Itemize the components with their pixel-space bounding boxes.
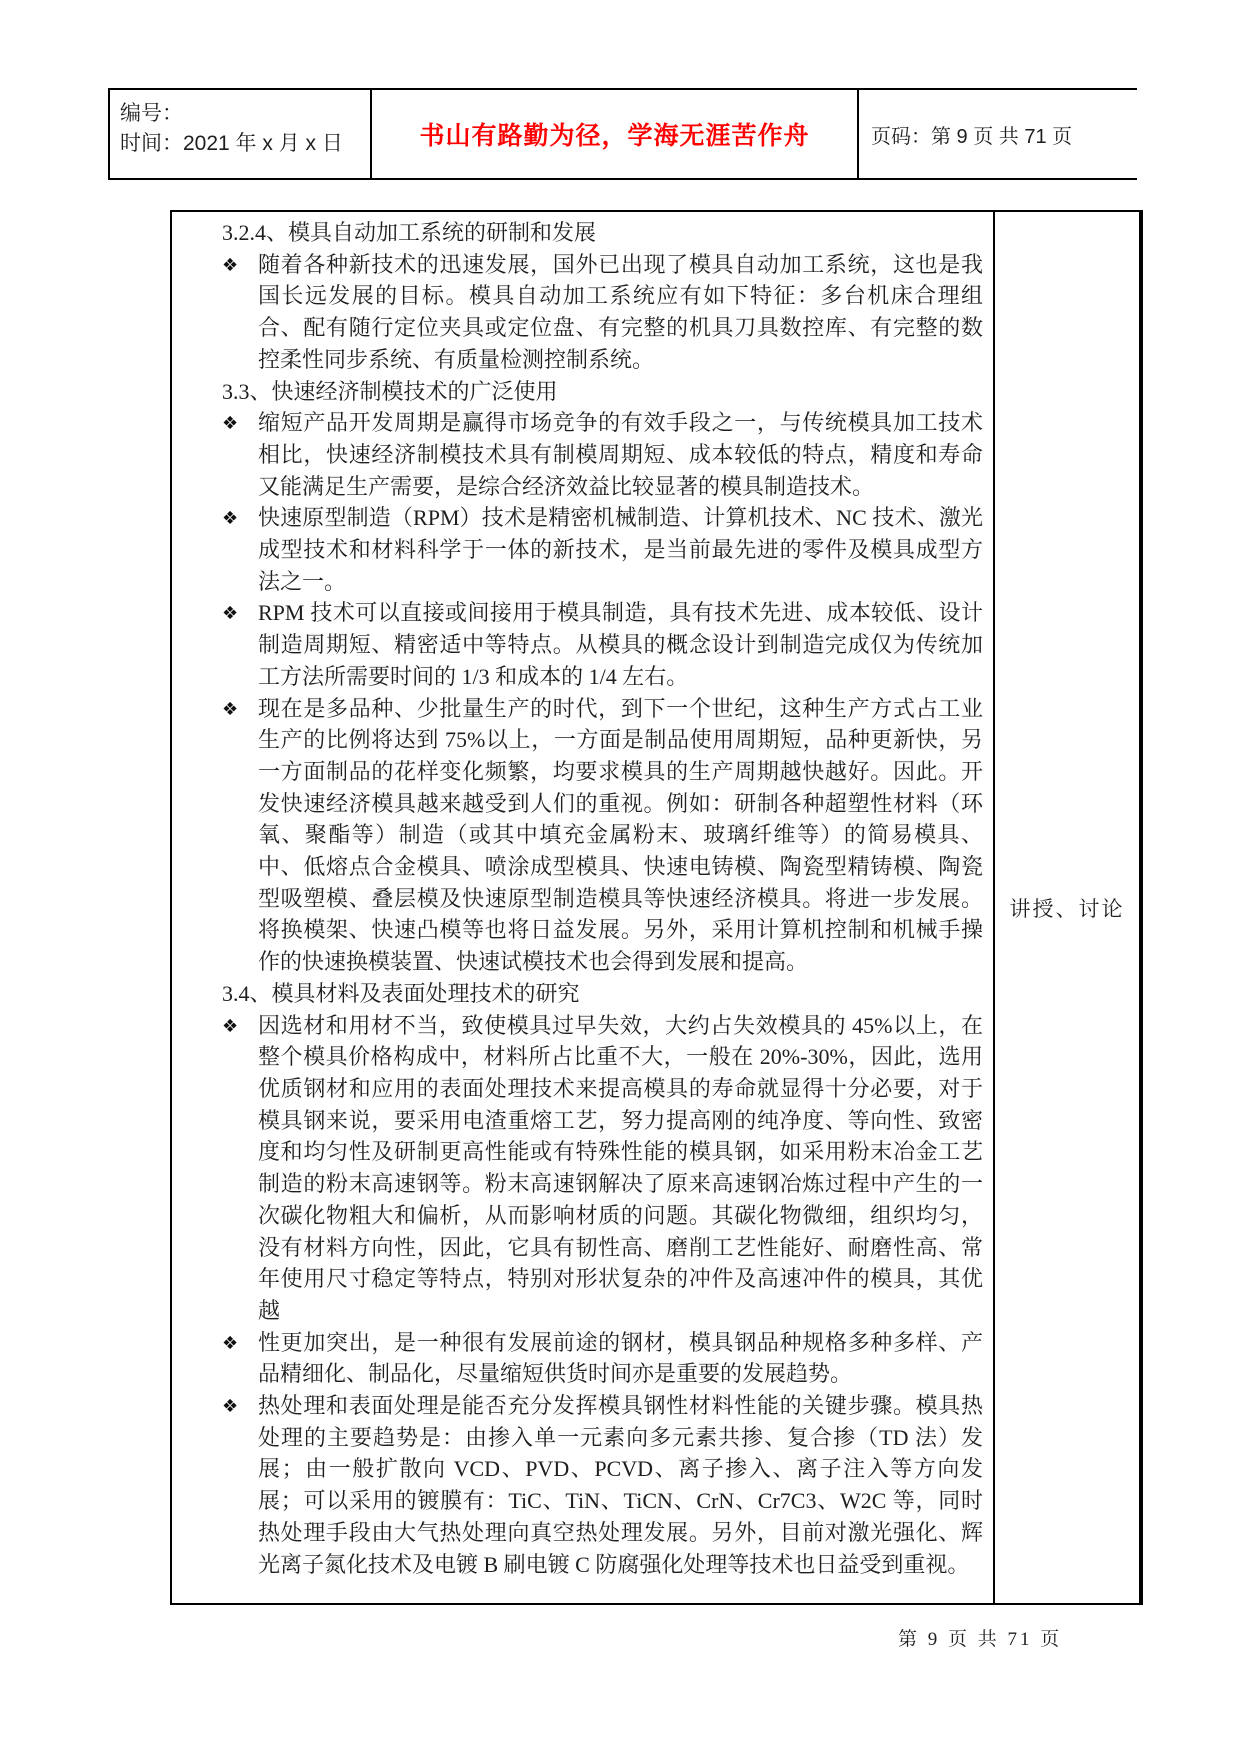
section-heading: 3.4、模具材料及表面处理技术的研究 xyxy=(222,978,983,1010)
header-page-cell: 页码：第 9 页 共 71 页 xyxy=(857,90,1137,178)
teaching-method-cell: 讲授、讨论 xyxy=(995,212,1139,1603)
diamond-bullet-icon: ❖ xyxy=(222,694,238,726)
bullet-item: ❖ 现在是多品种、少批量生产的时代，到下一个世纪，这种生产方式占工业生产的比例将… xyxy=(222,693,983,978)
document-page: 编号： 时间：2021 年 x 月 x 日 书山有路勤为径，学海无涯苦作舟 页码… xyxy=(0,0,1241,1754)
bullet-item: ❖ 缩短产品开发周期是赢得市场竞争的有效手段之一，与传统模具加工技术相比，快速经… xyxy=(222,407,983,502)
content-table: 3.2.4、模具自动加工系统的研制和发展 ❖ 随着各种新技术的迅速发展，国外已出… xyxy=(170,210,1143,1605)
bullet-text: RPM 技术可以直接或间接用于模具制造，具有技术先进、成本较低、设计制造周期短、… xyxy=(258,600,983,688)
bullet-item: ❖ 快速原型制造（RPM）技术是精密机械制造、计算机技术、NC 技术、激光成型技… xyxy=(222,502,983,597)
doc-number-label: 编号： xyxy=(120,99,366,129)
diamond-bullet-icon: ❖ xyxy=(222,1391,238,1423)
diamond-bullet-icon: ❖ xyxy=(222,598,238,630)
bullet-text: 因选材和用材不当，致使模具过早失效，大约占失效模具的 45%以上，在整个模具价格… xyxy=(258,1013,983,1323)
bullet-item: ❖ 热处理和表面处理是能否充分发挥模具钢性材料性能的关键步骤。模具热处理的主要趋… xyxy=(222,1390,983,1580)
bullet-text: 随着各种新技术的迅速发展，国外已出现了模具自动加工系统，这也是我国长远发展的目标… xyxy=(258,252,983,372)
doc-date-label: 时间：2021 年 x 月 x 日 xyxy=(120,129,366,159)
section-heading: 3.2.4、模具自动加工系统的研制和发展 xyxy=(222,217,983,249)
diamond-bullet-icon: ❖ xyxy=(222,503,238,535)
bullet-item: ❖ 性更加突出，是一种很有发展前途的钢材，模具钢品种规格多种多样、产品精细化、制… xyxy=(222,1327,983,1390)
diamond-bullet-icon: ❖ xyxy=(222,408,238,440)
header-motto-cell: 书山有路勤为径，学海无涯苦作舟 xyxy=(370,90,857,178)
page-footer: 第 9 页 共 71 页 xyxy=(898,1624,1062,1651)
teaching-method-text: 讲授、讨论 xyxy=(1010,893,1125,923)
bullet-text: 现在是多品种、少批量生产的时代，到下一个世纪，这种生产方式占工业生产的比例将达到… xyxy=(258,696,983,975)
bullet-text: 热处理和表面处理是能否充分发挥模具钢性材料性能的关键步骤。模具热处理的主要趋势是… xyxy=(258,1393,983,1577)
diamond-bullet-icon: ❖ xyxy=(222,250,238,282)
page-number-label: 页码：第 9 页 共 71 页 xyxy=(871,120,1072,149)
section-heading: 3.3、快速经济制模技术的广泛使用 xyxy=(222,376,983,408)
header-meta-cell: 编号： 时间：2021 年 x 月 x 日 xyxy=(110,90,370,178)
motto-text: 书山有路勤为径，学海无涯苦作舟 xyxy=(419,116,809,152)
diamond-bullet-icon: ❖ xyxy=(222,1328,238,1360)
header-table: 编号： 时间：2021 年 x 月 x 日 书山有路勤为径，学海无涯苦作舟 页码… xyxy=(108,88,1137,180)
bullet-text: 快速原型制造（RPM）技术是精密机械制造、计算机技术、NC 技术、激光成型技术和… xyxy=(258,505,983,593)
lesson-content-cell: 3.2.4、模具自动加工系统的研制和发展 ❖ 随着各种新技术的迅速发展，国外已出… xyxy=(172,212,995,1603)
bullet-item: ❖ RPM 技术可以直接或间接用于模具制造，具有技术先进、成本较低、设计制造周期… xyxy=(222,597,983,692)
bullet-text: 性更加突出，是一种很有发展前途的钢材，模具钢品种规格多种多样、产品精细化、制品化… xyxy=(258,1330,983,1387)
diamond-bullet-icon: ❖ xyxy=(222,1011,238,1043)
bullet-item: ❖ 随着各种新技术的迅速发展，国外已出现了模具自动加工系统，这也是我国长远发展的… xyxy=(222,249,983,376)
bullet-text: 缩短产品开发周期是赢得市场竞争的有效手段之一，与传统模具加工技术相比，快速经济制… xyxy=(258,410,983,498)
bullet-item: ❖ 因选材和用材不当，致使模具过早失效，大约占失效模具的 45%以上，在整个模具… xyxy=(222,1010,983,1327)
